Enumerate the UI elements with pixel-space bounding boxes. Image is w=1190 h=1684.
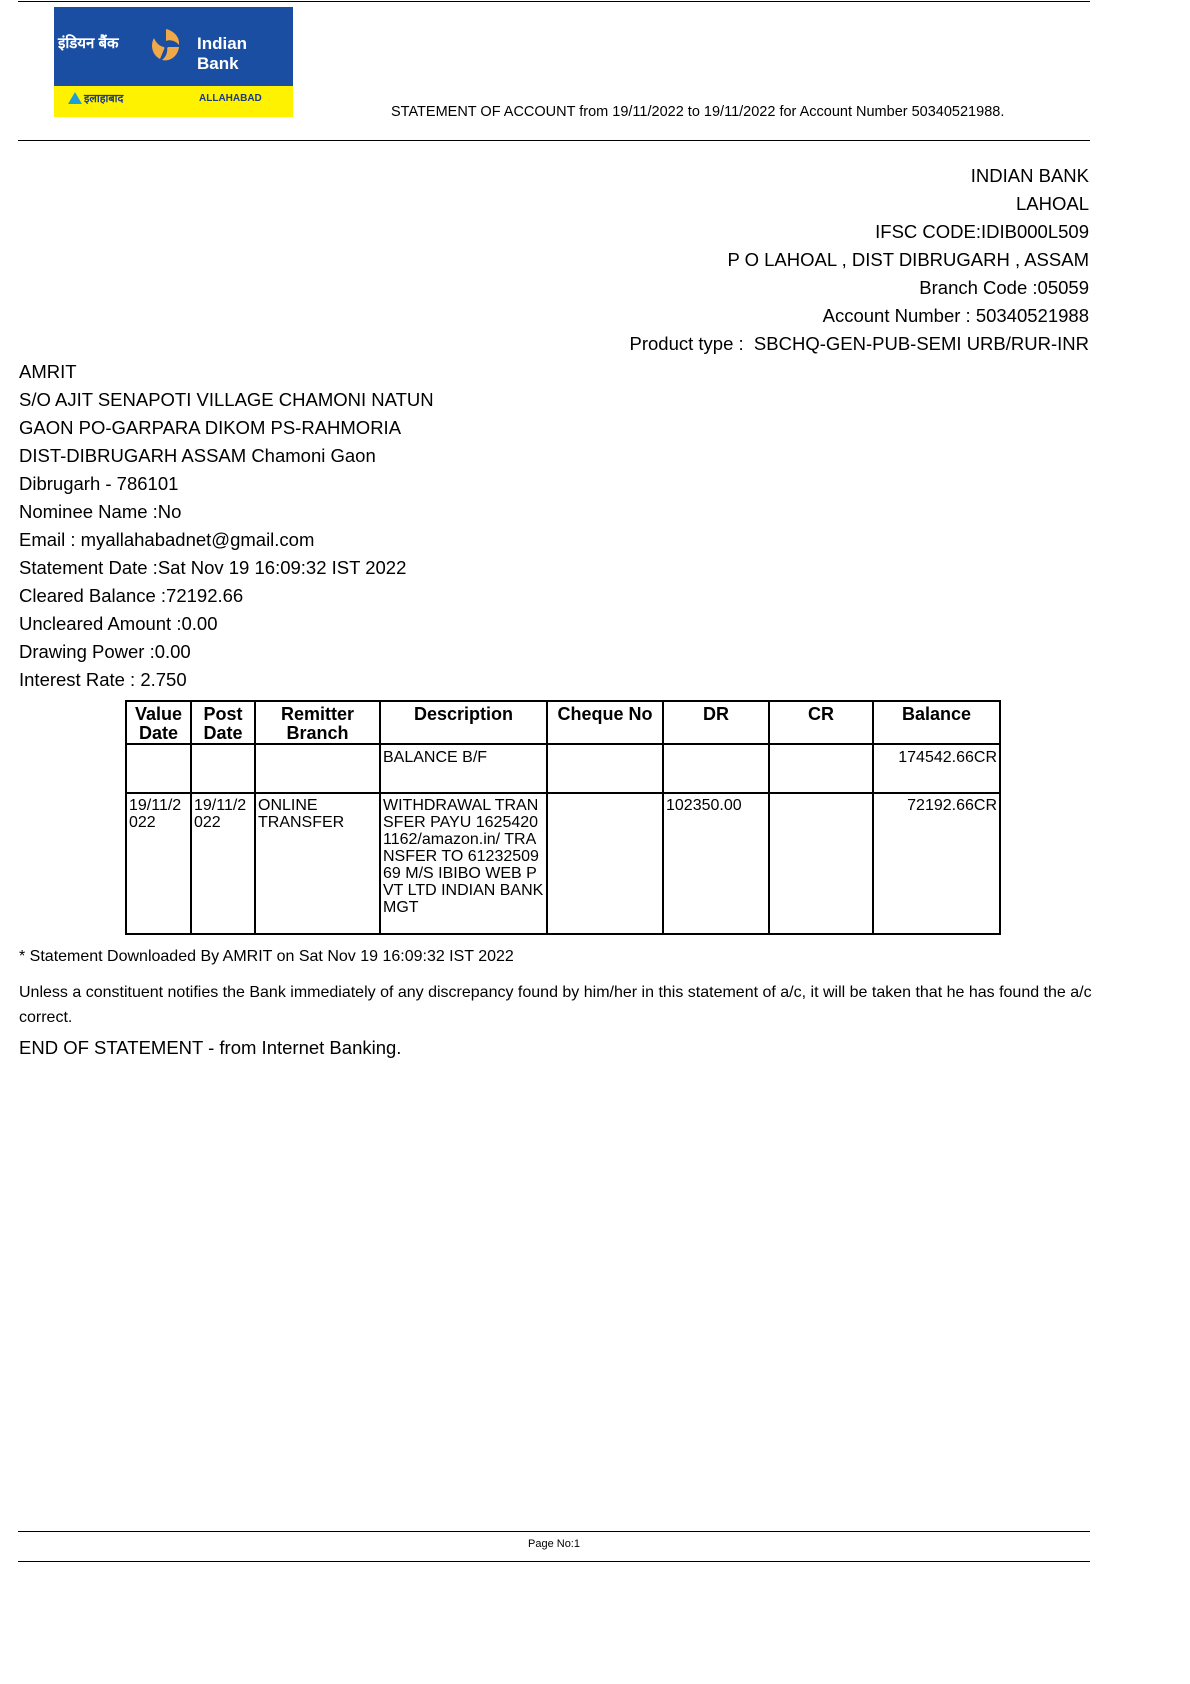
customer-name: AMRIT (19, 358, 434, 386)
col-value-date: Value Date (126, 701, 191, 744)
cell-post-date (191, 744, 255, 793)
cell-remitter-branch (255, 744, 380, 793)
col-cr: CR (769, 701, 873, 744)
branch-name: LAHOAL (630, 190, 1090, 218)
cell-balance: 72192.66CR (873, 793, 1000, 934)
footer-rule-bottom (18, 1561, 1090, 1562)
cell-balance: 174542.66CR (873, 744, 1000, 793)
customer-address-line-1: S/O AJIT SENAPOTI VILLAGE CHAMONI NATUN (19, 386, 434, 414)
page-number: Page No:1 (0, 1538, 1108, 1550)
cell-cheque-no (547, 744, 663, 793)
bank-details: INDIAN BANK LAHOAL IFSC CODE:IDIB000L509… (630, 162, 1090, 358)
end-of-statement: END OF STATEMENT - from Internet Banking… (19, 1037, 401, 1059)
cell-cheque-no (547, 793, 663, 934)
col-balance: Balance (873, 701, 1000, 744)
customer-details: AMRIT S/O AJIT SENAPOTI VILLAGE CHAMONI … (19, 358, 434, 694)
allahabad-triangle-icon (68, 92, 82, 104)
nominee-name: Nominee Name :No (19, 498, 434, 526)
cell-value-date (126, 744, 191, 793)
customer-city-pin: Dibrugarh - 786101 (19, 470, 434, 498)
customer-address-line-3: DIST-DIBRUGARH ASSAM Chamoni Gaon (19, 442, 434, 470)
col-description: Description (380, 701, 547, 744)
transactions-table: Value Date Post Date Remitter Branch Des… (125, 700, 1001, 935)
col-cheque-no: Cheque No (547, 701, 663, 744)
bank-logo: इंडियन बैंक Indian Bank इलाहाबाद ALLAHAB… (54, 7, 293, 117)
interest-rate: Interest Rate : 2.750 (19, 666, 434, 694)
ifsc-code: IFSC CODE:IDIB000L509 (630, 218, 1090, 246)
table-row: BALANCE B/F 174542.66CR (126, 744, 1000, 793)
uncleared-amount: Uncleared Amount :0.00 (19, 610, 434, 638)
email: Email : myallahabadnet@gmail.com (19, 526, 434, 554)
download-note: * Statement Downloaded By AMRIT on Sat N… (19, 948, 514, 966)
disclaimer: Unless a constituent notifies the Bank i… (19, 980, 1094, 1030)
cleared-balance: Cleared Balance :72192.66 (19, 582, 434, 610)
bank-name: INDIAN BANK (630, 162, 1090, 190)
logo-brand-name: Indian Bank (197, 34, 293, 74)
footer-rule-top (18, 1531, 1090, 1532)
branch-address: P O LAHOAL , DIST DIBRUGARH , ASSAM (630, 246, 1090, 274)
cell-post-date: 19/11/2022 (191, 793, 255, 934)
logo-hindi-name: इंडियन बैंक (58, 33, 119, 53)
col-remitter-branch: Remitter Branch (255, 701, 380, 744)
branch-code: Branch Code :05059 (630, 274, 1090, 302)
cell-cr (769, 744, 873, 793)
drawing-power: Drawing Power :0.00 (19, 638, 434, 666)
cell-dr (663, 744, 769, 793)
top-rule (18, 1, 1090, 2)
indian-bank-emblem-icon (146, 25, 186, 65)
cell-description: BALANCE B/F (380, 744, 547, 793)
product-type: Product type : SBCHQ-GEN-PUB-SEMI URB/RU… (630, 330, 1090, 358)
cell-remitter-branch: ONLINE TRANSFER (255, 793, 380, 934)
account-number: Account Number : 50340521988 (630, 302, 1090, 330)
cell-cr (769, 793, 873, 934)
col-post-date: Post Date (191, 701, 255, 744)
cell-description: WITHDRAWAL TRANSFER PAYU 16254201162/ama… (380, 793, 547, 934)
col-dr: DR (663, 701, 769, 744)
table-row: 19/11/2022 19/11/2022 ONLINE TRANSFER WI… (126, 793, 1000, 934)
table-header-row: Value Date Post Date Remitter Branch Des… (126, 701, 1000, 744)
logo-hindi-sub: इलाहाबाद (84, 91, 123, 106)
cell-value-date: 19/11/2022 (126, 793, 191, 934)
statement-title: STATEMENT OF ACCOUNT from 19/11/2022 to … (391, 104, 1004, 120)
logo-sub-name: ALLAHABAD (199, 93, 262, 104)
statement-date: Statement Date :Sat Nov 19 16:09:32 IST … (19, 554, 434, 582)
customer-address-line-2: GAON PO-GARPARA DIKOM PS-RAHMORIA (19, 414, 434, 442)
header-rule (18, 140, 1090, 141)
cell-dr: 102350.00 (663, 793, 769, 934)
